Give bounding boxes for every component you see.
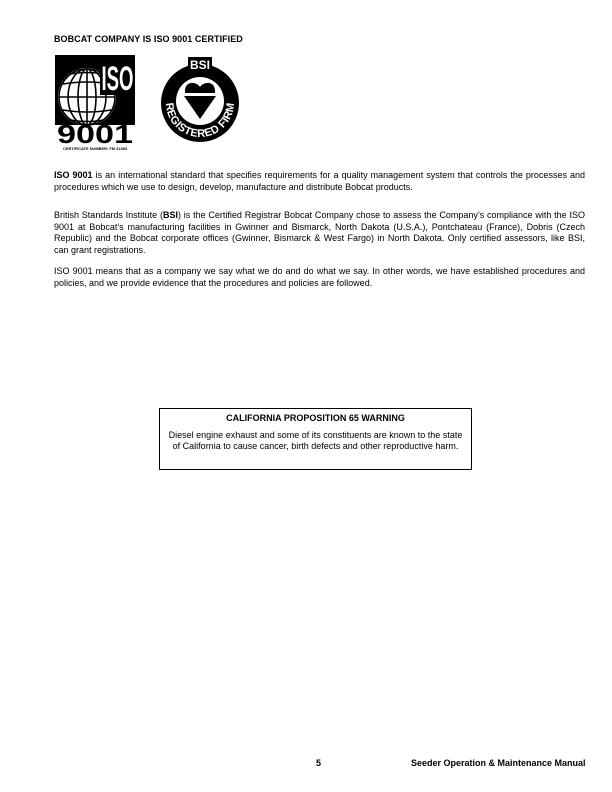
bsi-term: BSI bbox=[163, 210, 178, 220]
iso-meaning-paragraph: ISO 9001 means that as a company we say … bbox=[54, 266, 585, 289]
bsi-pre-text: British Standards Institute ( bbox=[54, 210, 163, 220]
iso-globe-icon: ISO 9001 CERTIFICATE NUMBER: FM 31083 bbox=[55, 55, 135, 151]
iso-description-text: is an international standard that specif… bbox=[54, 170, 585, 192]
svg-text:9001: 9001 bbox=[57, 119, 133, 149]
page-number: 5 bbox=[316, 758, 321, 768]
svg-text:ISO: ISO bbox=[102, 60, 134, 98]
bsi-kitemark-icon: BSI REGISTERED FIRM bbox=[160, 55, 240, 149]
svg-text:BSI: BSI bbox=[190, 58, 210, 72]
svg-text:CERTIFICATE NUMBER: FM 31083: CERTIFICATE NUMBER: FM 31083 bbox=[63, 146, 128, 151]
manual-title: Seeder Operation & Maintenance Manual bbox=[411, 758, 586, 768]
warning-text: Diesel engine exhaust and some of its co… bbox=[160, 430, 471, 452]
iso-description-paragraph: ISO 9001 is an international standard th… bbox=[54, 170, 585, 193]
iso-letters: ISO bbox=[102, 60, 134, 98]
page-heading: BOBCAT COMPANY IS ISO 9001 CERTIFIED bbox=[54, 34, 243, 44]
iso-9001-logo: ISO 9001 CERTIFICATE NUMBER: FM 31083 bbox=[55, 55, 135, 151]
bsi-description-paragraph: British Standards Institute (BSI) is the… bbox=[54, 210, 585, 256]
iso-term: ISO 9001 bbox=[54, 170, 93, 180]
prop65-warning-box: CALIFORNIA PROPOSITION 65 WARNING Diesel… bbox=[159, 408, 472, 470]
warning-title: CALIFORNIA PROPOSITION 65 WARNING bbox=[160, 413, 471, 424]
bsi-registered-firm-logo: BSI REGISTERED FIRM bbox=[160, 55, 240, 149]
